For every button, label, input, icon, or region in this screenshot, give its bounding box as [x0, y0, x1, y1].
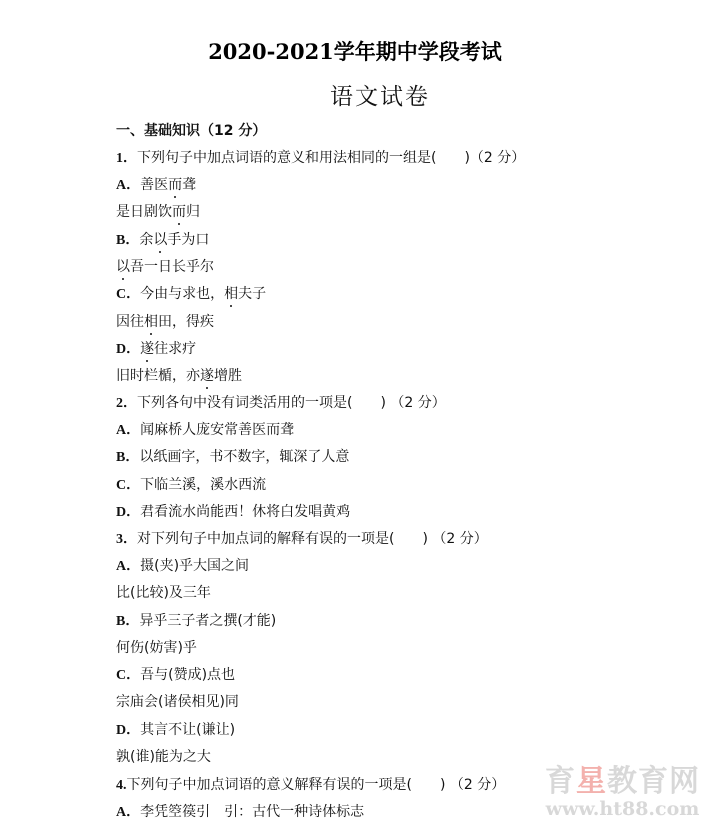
question-1-stem: 1．下列句子中加点词语的意义和用法相同的一组是( )（2 分） — [116, 149, 525, 168]
emphasis-dot-char: 相 — [144, 313, 158, 331]
q2-option-d: D．君看流水尚能西！休将白发唱黄鸡 — [116, 503, 350, 522]
q3-option-b-line2: 何伤(妨害)乎 — [116, 639, 197, 657]
watermark-url: www.ht88.com — [535, 798, 710, 820]
q1-option-b-line1: B．余以手为口 — [116, 231, 209, 250]
q4-option-a: A．李凭箜篌引 引：古代一种诗体标志 — [116, 803, 364, 822]
emphasis-dot-char: 而 — [168, 176, 182, 194]
emphasis-dot-char: 以 — [153, 231, 167, 249]
q1-option-a-line2: 是日剧饮而归 — [116, 203, 200, 221]
q3-option-a-line2: 比(比较)及三年 — [116, 584, 211, 602]
document-title: 2020-2021学年期中学段考试 — [0, 36, 710, 66]
question-4-stem: 4.下列句子中加点词语的意义解释有误的一项是( ) （2 分） — [116, 776, 505, 795]
question-3-stem: 3．对下列句子中加点词的解释有误的一项是( ) （2 分） — [116, 530, 488, 549]
question-text: 下列句子中加点词语的意义和用法相同的一组是( )（2 分） — [137, 150, 525, 166]
document-subtitle: 语文试卷 — [0, 78, 710, 111]
q3-option-b-line1: B．异乎三子者之撰(才能) — [116, 612, 276, 631]
q2-option-b: B．以纸画字，书不数字，辄深了人意 — [116, 448, 349, 467]
section-header: 一、基础知识（12 分） — [116, 122, 266, 140]
emphasis-dot-char: 遂 — [200, 367, 214, 385]
q2-option-c: C．下临兰溪，溪水西流 — [116, 476, 266, 495]
q1-option-c-line1: C．今由与求也，相夫子 — [116, 285, 266, 304]
q1-option-c-line2: 因往相田，得疾 — [116, 313, 214, 331]
emphasis-dot-char: 以 — [116, 258, 130, 276]
watermark-brand: 育星教育网 — [535, 766, 710, 798]
q1-option-b-line2: 以吾一日长乎尔 — [116, 258, 214, 276]
q3-option-a-line1: A．摄(夹)乎大国之间 — [116, 557, 249, 576]
q1-option-a-line1: A．善医而聋 — [116, 176, 196, 195]
q1-option-d-line1: D．遂往求疗 — [116, 340, 196, 359]
q3-option-c-line1: C．吾与(赞成)点也 — [116, 666, 235, 685]
emphasis-dot-char: 相 — [224, 285, 238, 303]
question-2-stem: 2．下列各句中没有词类活用的一项是( ) （2 分） — [116, 394, 446, 413]
q2-option-a: A．闻麻桥人庞安常善医而聋 — [116, 421, 294, 440]
watermark-logo: 育星教育网 www.ht88.com — [535, 766, 710, 820]
q3-option-c-line2: 宗庙会(诸侯相见)同 — [116, 693, 239, 711]
q3-option-d-line1: D．其言不让(谦让) — [116, 721, 235, 740]
emphasis-dot-char: 遂 — [140, 340, 154, 358]
q3-option-d-line2: 孰(谁)能为之大 — [116, 748, 211, 766]
emphasis-dot-char: 而 — [172, 203, 186, 221]
q1-option-d-line2: 旧时栏楯，亦遂增胜 — [116, 367, 242, 385]
question-number: 1． — [116, 151, 137, 166]
